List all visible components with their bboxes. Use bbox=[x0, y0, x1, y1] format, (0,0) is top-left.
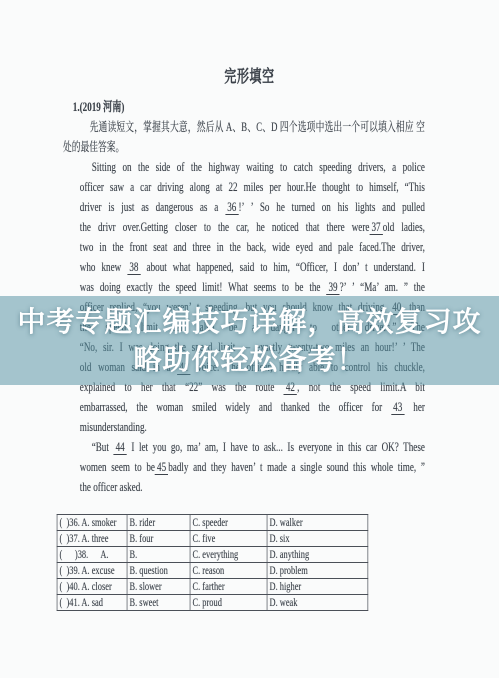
option-cell: D. six bbox=[267, 531, 368, 547]
passage-line: 先通读短文，掌握其大意，然后从 A、B、C、D 四个选项中选出一个可以填入相应 … bbox=[80, 117, 425, 137]
option-cell: D. problem bbox=[267, 563, 368, 579]
option-cell: B. rider bbox=[127, 515, 190, 531]
blank-39: 39 bbox=[326, 279, 339, 295]
option-cell: ( )36. A. smoker bbox=[57, 515, 127, 531]
option-cell: ( )40. A. closer bbox=[57, 579, 127, 595]
option-cell: D. higher bbox=[267, 579, 368, 595]
banner-text-line1: 中考专题汇编技巧详解，高效复习攻 bbox=[17, 303, 481, 341]
option-row: ( )41. A. sadB. sweetC. proudD. weak bbox=[57, 595, 368, 611]
passage-line: misunderstanding. bbox=[80, 417, 425, 437]
option-cell: B. question bbox=[127, 563, 190, 579]
option-cell: C. proud bbox=[190, 595, 267, 611]
passage-line: the drivr over.Getting closer to the car… bbox=[80, 217, 425, 237]
option-cell: C. speeder bbox=[190, 515, 267, 531]
option-row: ( )36. A. smokerB. riderC. speederD. wal… bbox=[57, 515, 368, 531]
option-row: ( )39. A. excuseB. questionC. reasonD. p… bbox=[57, 563, 368, 579]
passage-line: Sitting on the side of the highway waiti… bbox=[80, 157, 425, 177]
option-cell: C. farther bbox=[190, 579, 267, 595]
passage-line: 处的最佳答案。 bbox=[63, 137, 425, 157]
passage-line: “But 44 I let you go, ma’ am, I have to … bbox=[80, 437, 425, 457]
option-cell: D. weak bbox=[267, 595, 368, 611]
option-cell: C. five bbox=[190, 531, 267, 547]
promo-banner-overlay: 中考专题汇编技巧详解，高效复习攻 略助你轻松备考！ bbox=[0, 296, 499, 385]
blank-45: 45 bbox=[155, 459, 168, 475]
option-cell: ( )38. A. bbox=[57, 547, 127, 563]
page-title: 完形填空 bbox=[0, 62, 499, 87]
blank-38: 38 bbox=[127, 259, 140, 275]
section-heading: 1.(2019 河南) bbox=[73, 96, 125, 115]
options-table-body: ( )36. A. smokerB. riderC. speederD. wal… bbox=[57, 515, 368, 611]
option-cell: D. anything bbox=[267, 547, 368, 563]
passage-line: embarrassed, the woman smiled widely and… bbox=[80, 397, 425, 417]
passage-line: officer saw a car driving along at 22 mi… bbox=[80, 177, 425, 197]
banner-text-line2: 略助你轻松备考！ bbox=[133, 341, 365, 379]
options-table: ( )36. A. smokerB. riderC. speederD. wal… bbox=[57, 514, 368, 611]
passage-line: was doing exactly the speed limit! What … bbox=[80, 277, 425, 297]
option-cell: B. sweet bbox=[127, 595, 190, 611]
option-row: ( )40. A. closerB. slowerC. fartherD. hi… bbox=[57, 579, 368, 595]
option-row: ( )38. A.B.C. everythingD. anything bbox=[57, 547, 368, 563]
option-cell: ( )37. A. three bbox=[57, 531, 127, 547]
option-cell: C. reason bbox=[190, 563, 267, 579]
option-cell: B. four bbox=[127, 531, 190, 547]
option-cell: B. bbox=[127, 547, 190, 563]
passage-line: who knew 38 about what happened, said to… bbox=[80, 257, 425, 277]
passage-line: the officer asked. bbox=[80, 477, 425, 497]
passage-line: driver is just as dangerous as a 36!’ ’ … bbox=[80, 197, 425, 217]
option-cell: D. walker bbox=[267, 515, 368, 531]
option-cell: C. everything bbox=[190, 547, 267, 563]
blank-44: 44 bbox=[113, 439, 126, 455]
option-cell: B. slower bbox=[127, 579, 190, 595]
blank-43: 43 bbox=[391, 399, 404, 415]
option-cell: ( )39. A. excuse bbox=[57, 563, 127, 579]
blank-36: 36 bbox=[225, 199, 238, 215]
option-cell: ( )41. A. sad bbox=[57, 595, 127, 611]
option-row: ( )37. A. threeB. fourC. fiveD. six bbox=[57, 531, 368, 547]
blank-37: 37 bbox=[369, 219, 382, 235]
scanned-exam-page: 完形填空 1.(2019 河南) 先通读短文，掌握其大意，然后从 A、B、C、D… bbox=[0, 0, 499, 678]
passage-line: women seem to be45badly and they haven’ … bbox=[80, 457, 425, 477]
passage-line: two in the front seat and three in the b… bbox=[80, 237, 425, 257]
